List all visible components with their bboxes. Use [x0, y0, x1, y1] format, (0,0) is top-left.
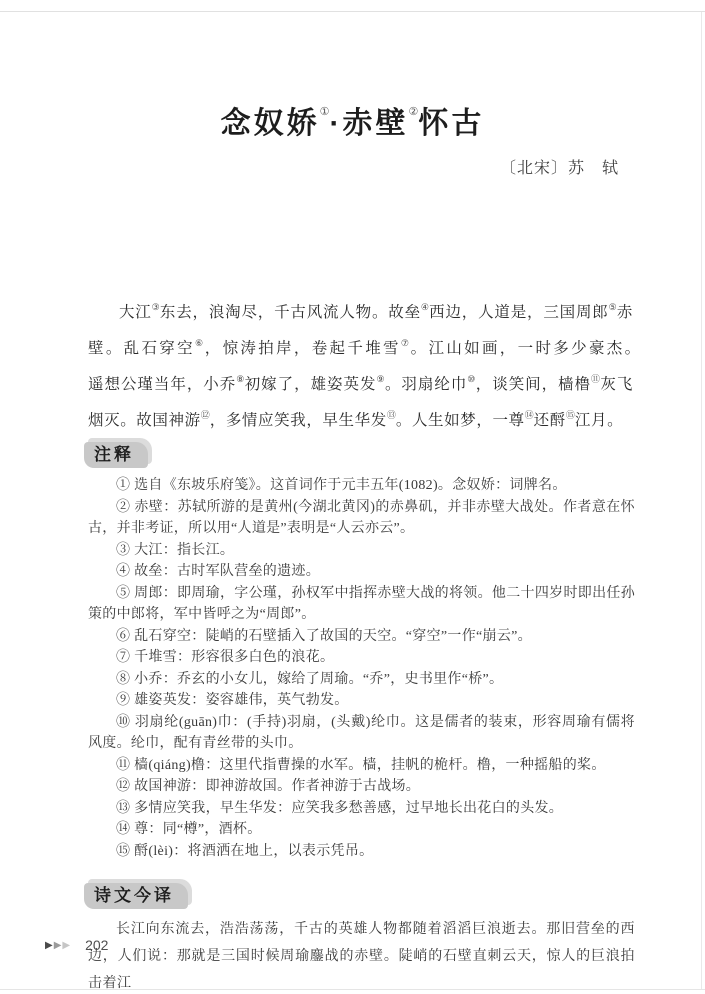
footnote-ref: ⑪ — [591, 374, 600, 384]
page-number: 202 — [85, 937, 108, 953]
arrow-icon: ▶ — [62, 940, 71, 951]
poem-text: 大江③东去，浪淘尽，千古风流人物。故垒④西边，人道是，三国周郎⑤赤壁。乱石穿空⑥… — [88, 292, 633, 436]
note-item: ⑭ 尊：同“樽”，酒杯。 — [88, 819, 635, 841]
note-item: ⑦ 千堆雪：形容很多白色的浪花。 — [88, 647, 635, 669]
footnote-ref: ⑦ — [401, 338, 411, 348]
note-item: ⑬ 多情应笑我，早生华发：应笑我多愁善感，过早地长出花白的头发。 — [88, 798, 635, 820]
note-item: ⑥ 乱石穿空：陡峭的石壁插入了故国的天空。“穿空”一作“崩云”。 — [88, 626, 635, 648]
page-edge-bottom — [0, 989, 705, 990]
footnote-ref: ⑤ — [609, 302, 617, 312]
footnote-ref: ② — [409, 106, 419, 118]
footnote-ref: ⑭ — [525, 410, 534, 420]
note-item: ⑧ 小乔：乔玄的小女儿，嫁给了周瑜。“乔”，史书里作“桥”。 — [88, 669, 635, 691]
translation-paragraph: 长江向东流去，浩浩荡荡，千古的英雄人物都随着滔滔巨浪逝去。那旧营垒的西边，人们说… — [88, 916, 635, 994]
footnote-ref: ⑥ — [195, 338, 205, 348]
footnote-ref: ① — [320, 106, 330, 118]
note-item: ⑩ 羽扇纶(guān)巾：(手持)羽扇，(头戴)纶巾。这是儒者的装束，形容周瑜有… — [88, 712, 635, 755]
notes-section-badge: 注释 — [84, 442, 148, 468]
note-item: ⑪ 樯(qiáng)橹：这里代指曹操的水军。樯，挂帆的桅杆。橹，一种摇船的桨。 — [88, 755, 635, 777]
footnote-ref: ⑬ — [387, 410, 396, 420]
note-item: ⑨ 雄姿英发：姿容雄伟，英气勃发。 — [88, 690, 635, 712]
textbook-page: { "title": "念奴娇①·赤壁②怀古", "author": "〔北宋〕… — [0, 0, 705, 994]
arrow-icon: ▶ — [45, 940, 54, 951]
note-item: ④ 故垒：古时军队营垒的遗迹。 — [88, 561, 635, 583]
footnote-ref: ⑫ — [201, 410, 210, 420]
footnote-ref: ⑩ — [467, 374, 475, 384]
page-edge-right — [701, 12, 702, 989]
footnote-ref: ⑮ — [566, 410, 575, 420]
author-line: 〔北宋〕苏 轼 — [0, 158, 705, 180]
footnote-ref: ④ — [421, 302, 429, 312]
note-item: ⑤ 周郎：即周瑜，字公瑾，孙权军中指挥赤壁大战的将领。他二十四岁时即出任孙策的中… — [88, 583, 635, 626]
translation-section-badge: 诗文今译 — [84, 883, 188, 909]
note-item: ② 赤壁：苏轼所游的是黄州(今湖北黄冈)的赤鼻矶，并非赤壁大战处。作者意在怀古，… — [88, 497, 635, 540]
page-edge-top — [0, 11, 705, 12]
page-title: 念奴娇①·赤壁②怀古 — [0, 90, 705, 146]
footnote-ref: ⑧ — [236, 374, 244, 384]
footnote-ref: ⑨ — [376, 374, 384, 384]
note-item: ③ 大江：指长江。 — [88, 540, 635, 562]
note-item: ① 选自《东坡乐府笺》。这首词作于元丰五年(1082)。念奴娇：词牌名。 — [88, 475, 635, 497]
notes-list: ① 选自《东坡乐府笺》。这首词作于元丰五年(1082)。念奴娇：词牌名。② 赤壁… — [88, 475, 635, 862]
note-item: ⑫ 故国神游：即神游故国。作者神游于古战场。 — [88, 776, 635, 798]
page-footer: ▶▶▶ 202 — [45, 937, 108, 953]
footer-arrows-icon: ▶▶▶ — [45, 940, 71, 951]
note-item: ⑮ 酹(lèi)：将酒洒在地上，以表示凭吊。 — [88, 841, 635, 863]
footnote-ref: ③ — [152, 302, 160, 312]
